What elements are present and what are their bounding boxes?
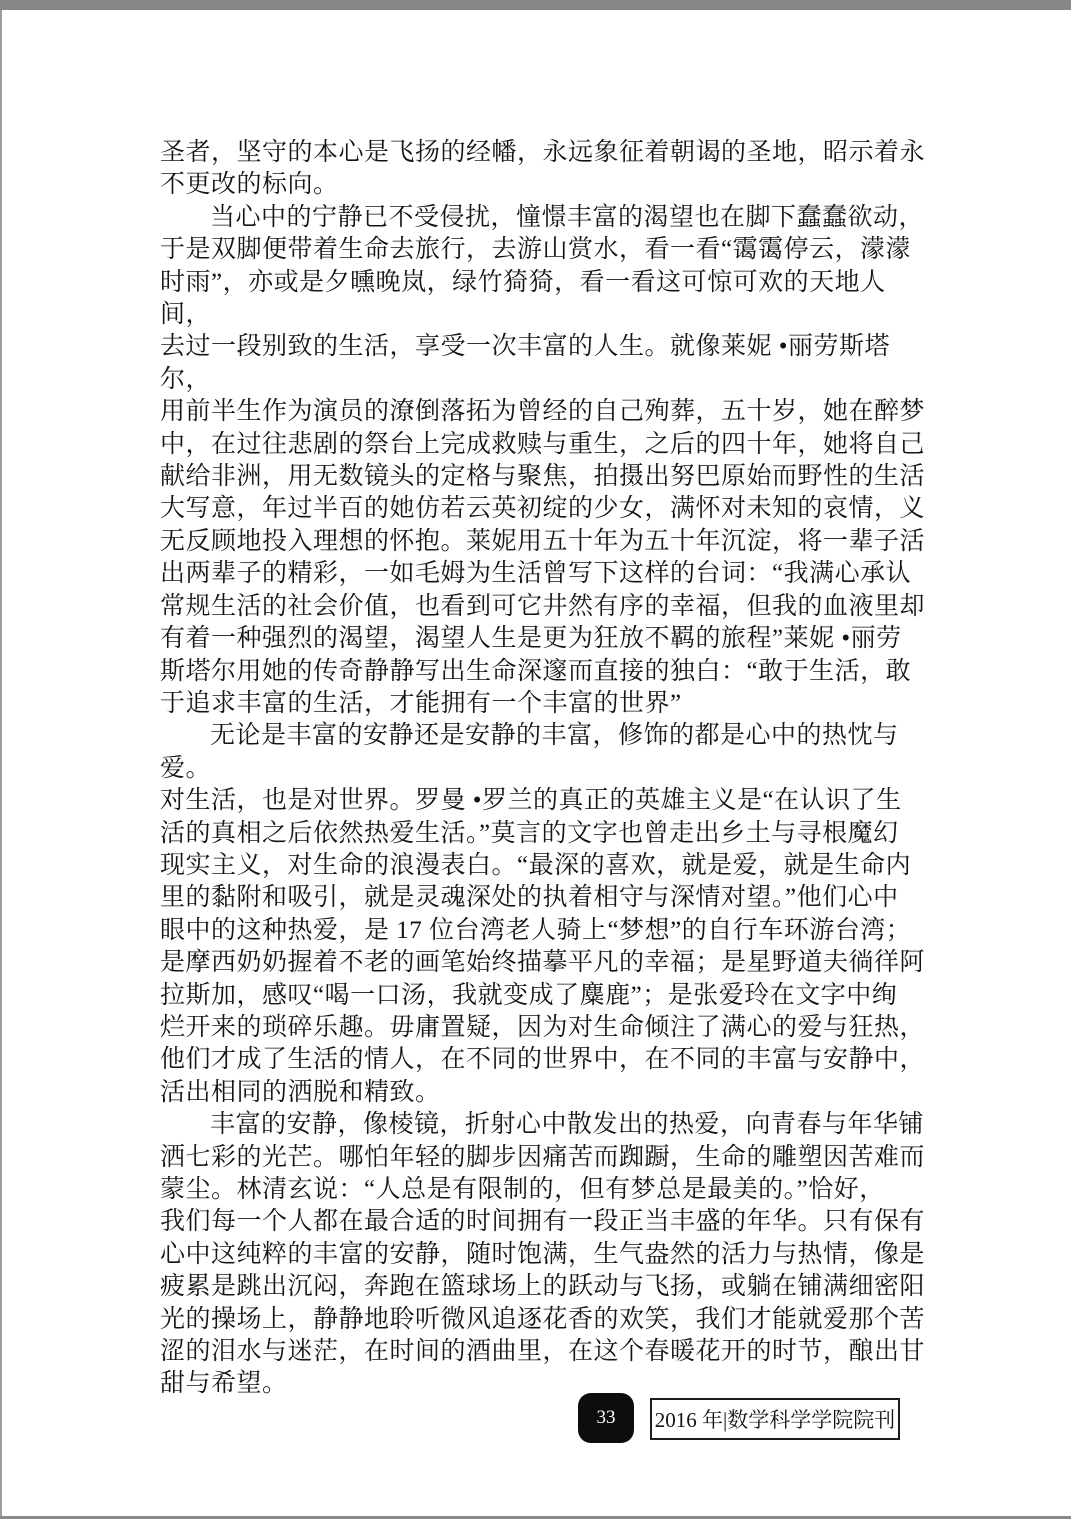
page-number-badge: 33 — [578, 1393, 634, 1443]
page-number: 33 — [597, 1407, 616, 1429]
page-bottom-edge — [0, 1516, 1071, 1519]
page-top-edge — [0, 0, 1071, 10]
journal-title-box: 2016 年|数学科学学院院刊 — [650, 1398, 900, 1440]
journal-title: 2016 年|数学科学学院院刊 — [655, 1404, 895, 1434]
paragraph: 圣者，坚守的本心是飞扬的经幡，永远象征着朝谒的圣地，昭示着永 不更改的标向。 — [160, 137, 932, 202]
document-page: 圣者，坚守的本心是飞扬的经幡，永远象征着朝谒的圣地，昭示着永 不更改的标向。 当… — [0, 0, 1071, 1522]
paragraph: 无论是丰富的安静还是安静的丰富，修饰的都是心中的热忱与爱。 对生活，也是对世界。… — [160, 720, 932, 1109]
paragraph: 丰富的安静，像棱镜，折射心中散发出的热爱，向青春与年华铺 洒七彩的光芒。哪怕年轻… — [160, 1109, 932, 1401]
article-body: 圣者，坚守的本心是飞扬的经幡，永远象征着朝谒的圣地，昭示着永 不更改的标向。 当… — [160, 137, 932, 1401]
paragraph: 当心中的宁静已不受侵扰，憧憬丰富的渴望也在脚下蠢蠢欲动， 于是双脚便带着生命去旅… — [160, 202, 932, 721]
page-left-edge — [0, 10, 2, 1517]
